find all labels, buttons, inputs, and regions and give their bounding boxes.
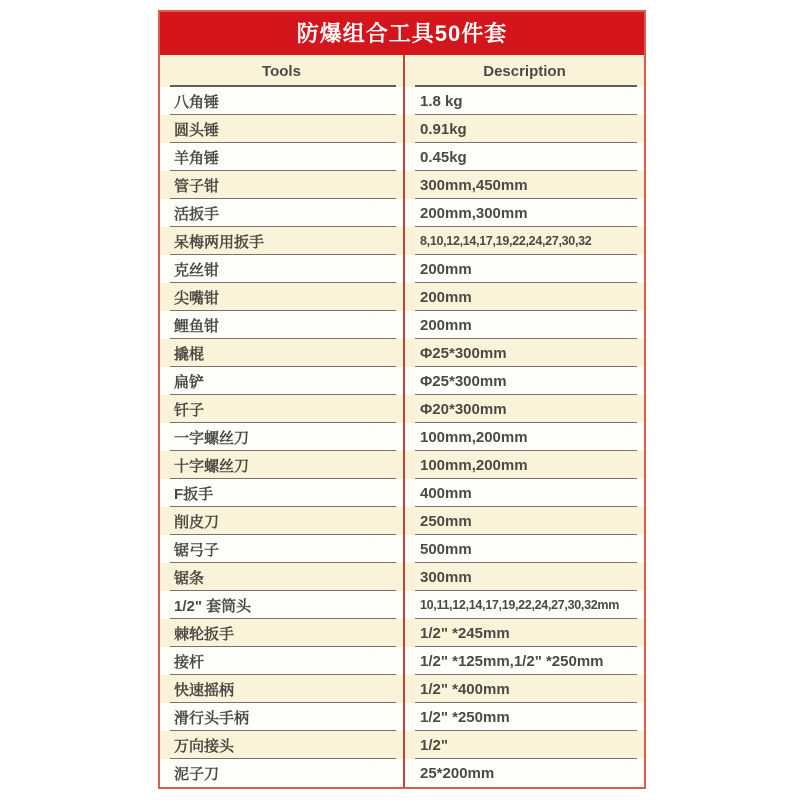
tool-description: 200mm [403,283,644,311]
tool-description: 100mm,200mm [403,451,644,479]
table-row: 滑行头手柄1/2" *250mm [160,703,644,731]
tool-description: 400mm [403,479,644,507]
tool-name: 管子钳 [160,171,403,199]
tool-spec-table: 防爆组合工具50件套 Tools Description 八角锤1.8 kg圆头… [158,10,646,789]
tool-description: 250mm [403,507,644,535]
tool-description: 200mm,300mm [403,199,644,227]
table-row: 钎子Φ20*300mm [160,395,644,423]
tool-name: 滑行头手柄 [160,703,403,731]
tool-name: 削皮刀 [160,507,403,535]
tool-description: 25*200mm [403,759,644,787]
tool-description: Φ20*300mm [403,395,644,423]
tool-name: 圆头锤 [160,115,403,143]
tool-name: 十字螺丝刀 [160,451,403,479]
table-row: 羊角锤0.45kg [160,143,644,171]
tool-name: 一字螺丝刀 [160,423,403,451]
tool-name: 活扳手 [160,199,403,227]
table-header-row: Tools Description [160,55,644,87]
tool-description: 1/2" *250mm [403,703,644,731]
table-row: 万向接头1/2" [160,731,644,759]
table-row: 十字螺丝刀100mm,200mm [160,451,644,479]
table-row: 撬棍Φ25*300mm [160,339,644,367]
tool-description: 200mm [403,311,644,339]
tool-name: 八角锤 [160,87,403,115]
tool-name: 羊角锤 [160,143,403,171]
tool-name: 万向接头 [160,731,403,759]
page: 防爆组合工具50件套 Tools Description 八角锤1.8 kg圆头… [0,0,800,800]
table-row: 克丝钳200mm [160,255,644,283]
column-header-tools: Tools [160,55,403,87]
table-row: 锯弓子500mm [160,535,644,563]
table-row: 八角锤1.8 kg [160,87,644,115]
tool-name: 尖嘴钳 [160,283,403,311]
tool-name: 钎子 [160,395,403,423]
table-row: F扳手400mm [160,479,644,507]
tool-description: 10,11,12,14,17,19,22,24,27,30,32mm [403,591,644,619]
table-title: 防爆组合工具50件套 [160,12,644,55]
table-row: 圆头锤0.91kg [160,115,644,143]
tool-name: 锯条 [160,563,403,591]
table-row: 扁铲Φ25*300mm [160,367,644,395]
tool-description: Φ25*300mm [403,339,644,367]
tool-description: 300mm,450mm [403,171,644,199]
tool-name: 呆梅两用扳手 [160,227,403,255]
table-row: 1/2" 套筒头10,11,12,14,17,19,22,24,27,30,32… [160,591,644,619]
tool-name: 克丝钳 [160,255,403,283]
tool-name: F扳手 [160,479,403,507]
table-body: 八角锤1.8 kg圆头锤0.91kg羊角锤0.45kg管子钳300mm,450m… [160,87,644,787]
table-row: 活扳手200mm,300mm [160,199,644,227]
tool-description: 1/2" *245mm [403,619,644,647]
table-row: 快速摇柄1/2" *400mm [160,675,644,703]
tool-description: 1.8 kg [403,87,644,115]
tool-description: 8,10,12,14,17,19,22,24,27,30,32 [403,227,644,255]
tool-description: 200mm [403,255,644,283]
table-row: 棘轮扳手1/2" *245mm [160,619,644,647]
tool-description: 0.91kg [403,115,644,143]
tool-description: 500mm [403,535,644,563]
tool-name: 锯弓子 [160,535,403,563]
table-row: 接杆1/2" *125mm,1/2" *250mm [160,647,644,675]
table-row: 呆梅两用扳手8,10,12,14,17,19,22,24,27,30,32 [160,227,644,255]
tool-description: 1/2" *125mm,1/2" *250mm [403,647,644,675]
tool-description: 1/2" *400mm [403,675,644,703]
tool-description: Φ25*300mm [403,367,644,395]
tool-description: 0.45kg [403,143,644,171]
tool-description: 100mm,200mm [403,423,644,451]
table-row: 一字螺丝刀100mm,200mm [160,423,644,451]
tool-name: 接杆 [160,647,403,675]
tool-name: 快速摇柄 [160,675,403,703]
table-row: 泥子刀25*200mm [160,759,644,787]
table-row: 管子钳300mm,450mm [160,171,644,199]
tool-description: 300mm [403,563,644,591]
tool-description: 1/2" [403,731,644,759]
table-row: 鲤鱼钳200mm [160,311,644,339]
column-header-description: Description [403,55,644,87]
tool-name: 1/2" 套筒头 [160,591,403,619]
tool-name: 撬棍 [160,339,403,367]
tool-name: 泥子刀 [160,759,403,787]
tool-name: 棘轮扳手 [160,619,403,647]
table-row: 削皮刀250mm [160,507,644,535]
tool-name: 鲤鱼钳 [160,311,403,339]
table-row: 锯条300mm [160,563,644,591]
tool-name: 扁铲 [160,367,403,395]
table-row: 尖嘴钳200mm [160,283,644,311]
